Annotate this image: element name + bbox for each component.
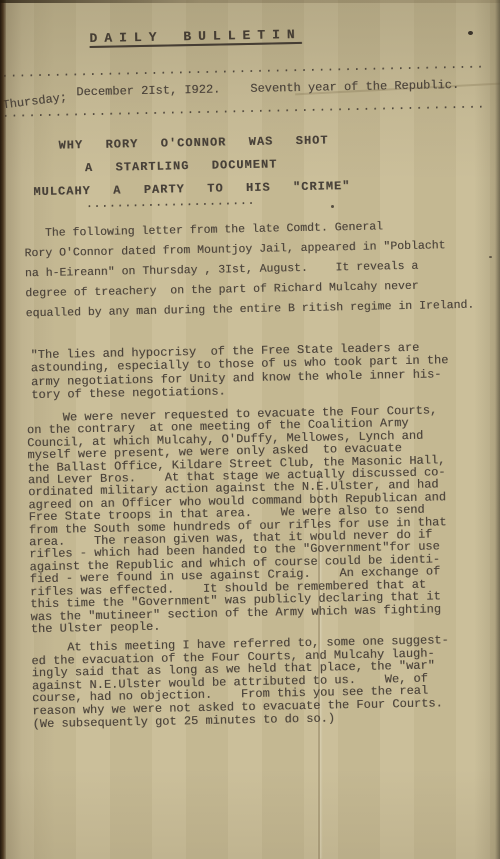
scan-edge-right [495,0,500,859]
masthead-title: DAILY BULLETIN [89,27,301,46]
separator-dots-mid: ........................................… [2,97,486,120]
headline-line2: A STARTLING DOCUMENT [85,157,278,175]
headline-underline-dots: ...................... [86,194,256,211]
separator-dots-top: ........................................… [1,57,485,80]
page-content: DAILY BULLETIN .........................… [0,0,500,859]
body-paragraph-quote-1: "The lies and hypocrisy of the Free Stat… [30,341,449,403]
document-scan: DAILY BULLETIN .........................… [0,0,500,859]
dateline-date: December 2Ist, I922. [76,83,220,100]
body-paragraph-quote-3: At this meeting I have referred to, some… [31,634,450,730]
body-paragraph-intro: The following letter from the late Comdt… [24,216,474,325]
headline-line1: WHY RORY O'CONNOR WAS SHOT [58,133,328,152]
scan-edge-top [0,0,500,3]
body-paragraph-quote-2: We were never requested to evacuate the … [27,404,449,635]
scan-edge-left [0,0,6,859]
dateline-year-note: Seventh year of the Republic. [250,78,459,96]
dateline: Thursday;December 2Ist, I922.Seventh yea… [0,77,494,101]
